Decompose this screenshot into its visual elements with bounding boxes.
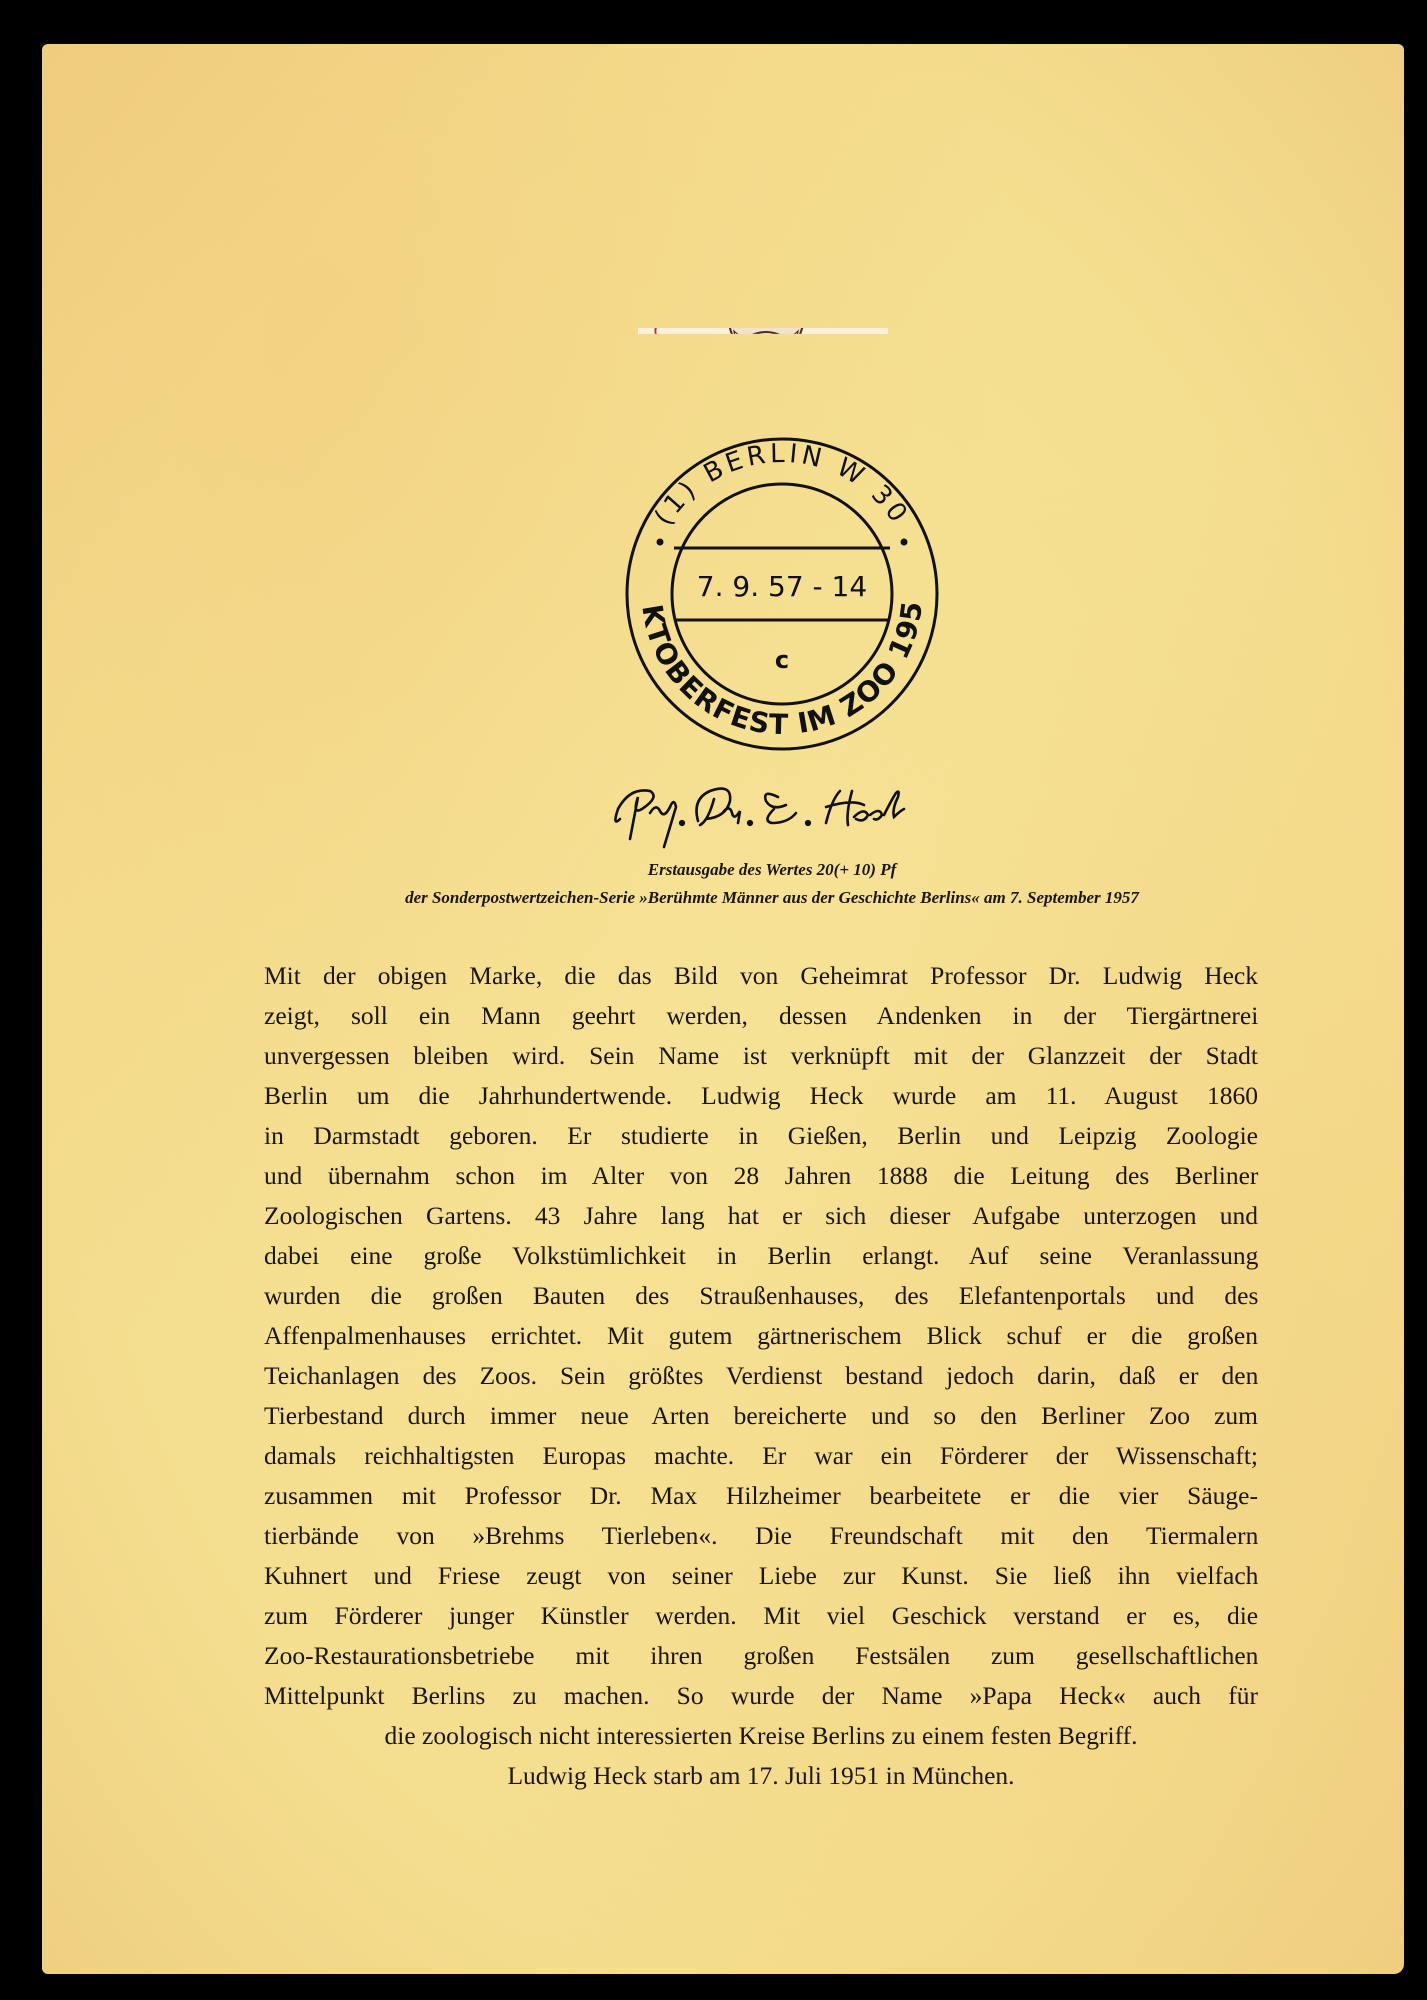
body-line: Teichanlagen des Zoos. Sein größtes Verd…: [264, 1356, 1258, 1396]
postmark-cancellation: (1) BERLIN W 30 OKTOBERFEST IM ZOO 1957 …: [602, 424, 962, 764]
body-line: Mit der obigen Marke, die das Bild von G…: [264, 956, 1258, 996]
postmark-letter: c: [775, 646, 789, 674]
body-line: zusammen mit Professor Dr. Max Hilzheime…: [264, 1476, 1258, 1516]
body-line: dabei eine große Volkstümlichkeit in Ber…: [264, 1236, 1258, 1276]
body-line: Zoologischen Gartens. 43 Jahre lang hat …: [264, 1196, 1258, 1236]
postmark-date: 7. 9. 57 - 14: [697, 570, 867, 603]
body-line: zum Förderer junger Künstler werden. Mit…: [264, 1596, 1258, 1636]
portrait-image: [686, 243, 846, 443]
body-line: Affenpalmenhauses errichtet. Mit gutem g…: [264, 1316, 1258, 1356]
stamp-name: LUDWIG HECK: [660, 199, 837, 221]
caption-subtitle: der Sonderpostwertzeichen-Serie »Berühmt…: [272, 888, 1272, 908]
body-line: in Darmstadt geboren. Er studierte in Gi…: [264, 1116, 1258, 1156]
body-line: Tierbestand durch immer neue Arten berei…: [264, 1396, 1258, 1436]
body-text: Mit der obigen Marke, die das Bild von G…: [264, 956, 1258, 1796]
body-line: Berlin um die Jahrhundertwende. Ludwig H…: [264, 1076, 1258, 1116]
stamp-years: 1860-1951: [660, 221, 780, 243]
body-line: Kuhnert und Friese zeugt von seiner Lieb…: [264, 1556, 1258, 1596]
stamp-value: 20: [817, 193, 876, 239]
body-line: und übernahm schon im Alter von 28 Jahre…: [264, 1156, 1258, 1196]
first-day-card: LUDWIG HECK 1860-1951 20 +10 FÜR DEN ZOO…: [42, 44, 1404, 1974]
body-line: zeigt, soll ein Mann geehrt werden, dess…: [264, 996, 1258, 1036]
body-line-closing: Ludwig Heck starb am 17. Juli 1951 in Mü…: [264, 1756, 1258, 1796]
body-line: wurden die großen Bauten des Straußenhau…: [264, 1276, 1258, 1316]
body-line: Mittelpunkt Berlins zu machen. So wurde …: [264, 1676, 1258, 1716]
body-line-centered: die zoologisch nicht interessierten Krei…: [264, 1716, 1258, 1756]
caption-title: Erstausgabe des Wertes 20(+ 10) Pf: [272, 860, 1272, 880]
body-line: Zoo-Restaurationsbetriebe mit ihren groß…: [264, 1636, 1258, 1676]
body-line: damals reichhaltigsten Europas machte. E…: [264, 1436, 1258, 1476]
body-line: tierbände von »Brehms Tierleben«. Die Fr…: [264, 1516, 1258, 1556]
body-line: unvergessen bleiben wird. Sein Name ist …: [264, 1036, 1258, 1076]
signature: [602, 769, 912, 849]
